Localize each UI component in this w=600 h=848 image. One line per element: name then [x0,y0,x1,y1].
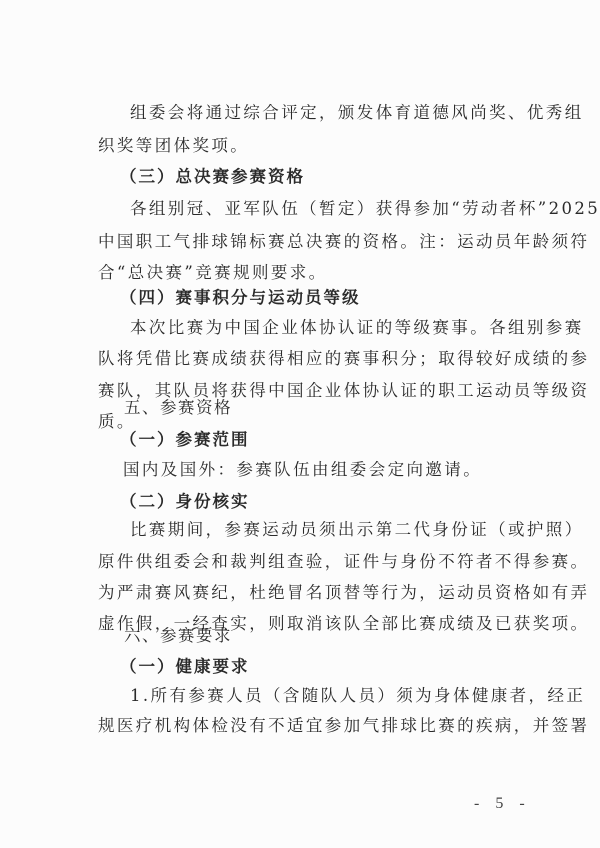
paragraph-line: 中国职工气排球锦标赛总决赛的资格。注：运动员年龄须符 [98,232,518,252]
section-heading: 六、参赛要求 [124,626,544,646]
paragraph-line: 织奖等团体奖项。 [98,136,518,156]
paragraph-line: 国内及国外：参赛队伍由组委会定向邀请。 [123,460,543,480]
section-subheading: （一）参赛范围 [120,430,540,450]
paragraph-line: 规医疗机构体检没有不适宜参加气排球比赛的疾病，并签署 [98,716,518,736]
paragraph-line: 原件供组委会和裁判组查验，证件与身份不符者不得参赛。 [98,552,518,572]
paragraph-line: 合“总决赛”竞赛规则要求。 [98,263,518,283]
paragraph-line: 队将凭借比赛成绩获得相应的赛事积分；取得较好成绩的参 [98,349,518,369]
paragraph-line: 本次比赛为中国企业体协认证的等级赛事。各组别参赛 [130,318,550,338]
section-subheading: （四）赛事积分与运动员等级 [120,288,540,308]
paragraph-line: 组委会将通过综合评定，颁发体育道德风尚奖、优秀组 [130,103,550,123]
paragraph-line: 比赛期间，参赛运动员须出示第二代身份证（或护照） [130,520,550,540]
document-page: 组委会将通过综合评定，颁发体育道德风尚奖、优秀组 织奖等团体奖项。 （三）总决赛… [0,0,600,848]
paragraph-line: 1.所有参赛人员（含随队人员）须为身体健康者，经正 [130,686,550,706]
section-subheading: （一）健康要求 [120,657,540,677]
page-number: - 5 - [474,795,531,813]
section-subheading: （二）身份核实 [120,492,540,512]
paragraph-line: 各组别冠、亚军队伍（暂定）获得参加“劳动者杯”2025 [130,199,550,219]
section-subheading: （三）总决赛参赛资格 [120,167,540,187]
paragraph-line: 为严肃赛风赛纪，杜绝冒名顶替等行为，运动员资格如有弄 [98,583,518,603]
section-heading: 五、参赛资格 [124,398,544,418]
